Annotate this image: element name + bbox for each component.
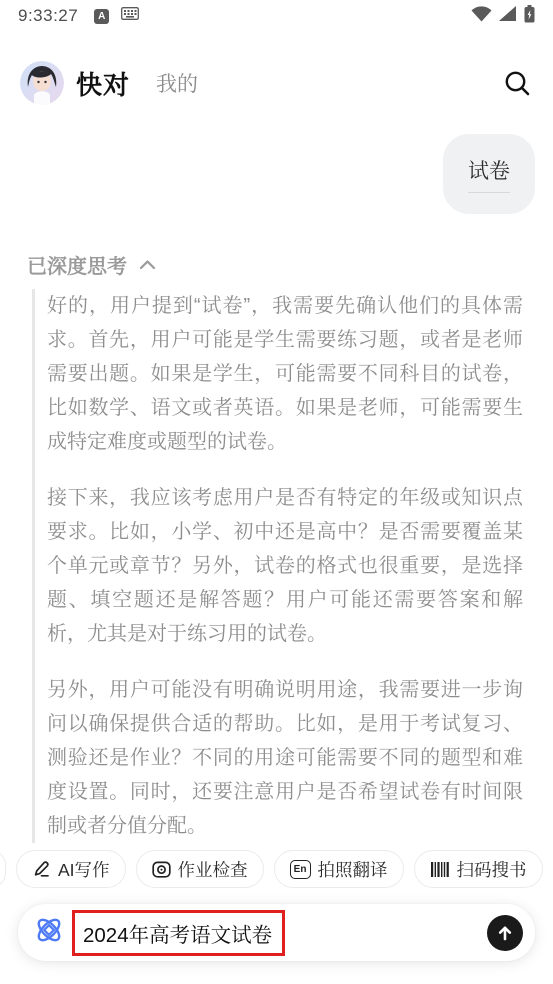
message-input[interactable]: 2024年高考语文试卷 (83, 918, 272, 948)
thinking-paragraph: 另外，用户可能没有明确说明用途，我需要进一步询问以确保提供合适的帮助。比如，是用… (47, 673, 523, 843)
en-badge-icon: En (290, 860, 311, 879)
clock: 9:33:27 (18, 6, 78, 26)
wifi-icon (471, 6, 492, 27)
pen-icon (32, 860, 51, 879)
chip-photo-translate[interactable]: En 拍照翻译 (274, 850, 404, 888)
chevron-up-icon (139, 253, 156, 276)
user-message-row: 试卷 (443, 134, 535, 214)
thinking-paragraph: 接下来，我应该考虑用户是否有特定的年级或知识点要求。比如，小学、初中还是高中？是… (47, 481, 523, 651)
user-message-text: 试卷 (468, 155, 510, 193)
chip-ai-writing[interactable]: AI写作 (16, 850, 126, 888)
thinking-content: 好的，用户提到“试卷”，我需要先确认他们的具体需求。首先，用户可能是学生需要练习… (32, 289, 523, 843)
page-title: 快对 (76, 65, 130, 102)
ime-a-icon: A (94, 9, 109, 24)
status-bar: 9:33:27 A (0, 0, 553, 32)
thinking-paragraph: 好的，用户提到“试卷”，我需要先确认他们的具体需求。首先，用户可能是学生需要练习… (47, 289, 523, 459)
tab-mine[interactable]: 我的 (156, 68, 198, 98)
barcode-icon (430, 861, 450, 878)
app-screen: 9:33:27 A (0, 0, 553, 984)
search-icon[interactable] (501, 67, 533, 99)
keyboard-icon (121, 7, 139, 25)
chip-scan-book[interactable]: 扫码搜书 (414, 850, 543, 888)
user-message-bubble[interactable]: 试卷 (443, 134, 535, 214)
send-button[interactable] (487, 915, 523, 951)
battery-charging-icon (524, 5, 535, 28)
avatar[interactable] (20, 61, 64, 105)
chip-homework-check[interactable]: 作业检查 (136, 850, 264, 888)
chip-label: 拍照翻译 (318, 857, 388, 882)
camera-icon (152, 860, 171, 879)
deep-thinking-toggle[interactable]: 已深度思考 (27, 250, 156, 279)
app-header: 快对 我的 (0, 46, 553, 120)
chip-label: 扫码搜书 (457, 857, 527, 882)
ai-molecule-icon[interactable] (32, 913, 66, 952)
chip-partial-left[interactable] (0, 850, 6, 888)
deep-thinking-label: 已深度思考 (27, 250, 127, 279)
cellular-icon (499, 6, 517, 26)
message-input-bar: 2024年高考语文试卷 (18, 904, 535, 961)
annotation-highlight-box: 2024年高考语文试卷 (72, 910, 285, 956)
chip-label: 作业检查 (178, 857, 248, 882)
chip-label: AI写作 (58, 857, 110, 882)
quick-actions-toolbar[interactable]: AI写作 作业检查 En 拍照翻译 扫码搜书 文 A AI翻 (0, 849, 553, 889)
